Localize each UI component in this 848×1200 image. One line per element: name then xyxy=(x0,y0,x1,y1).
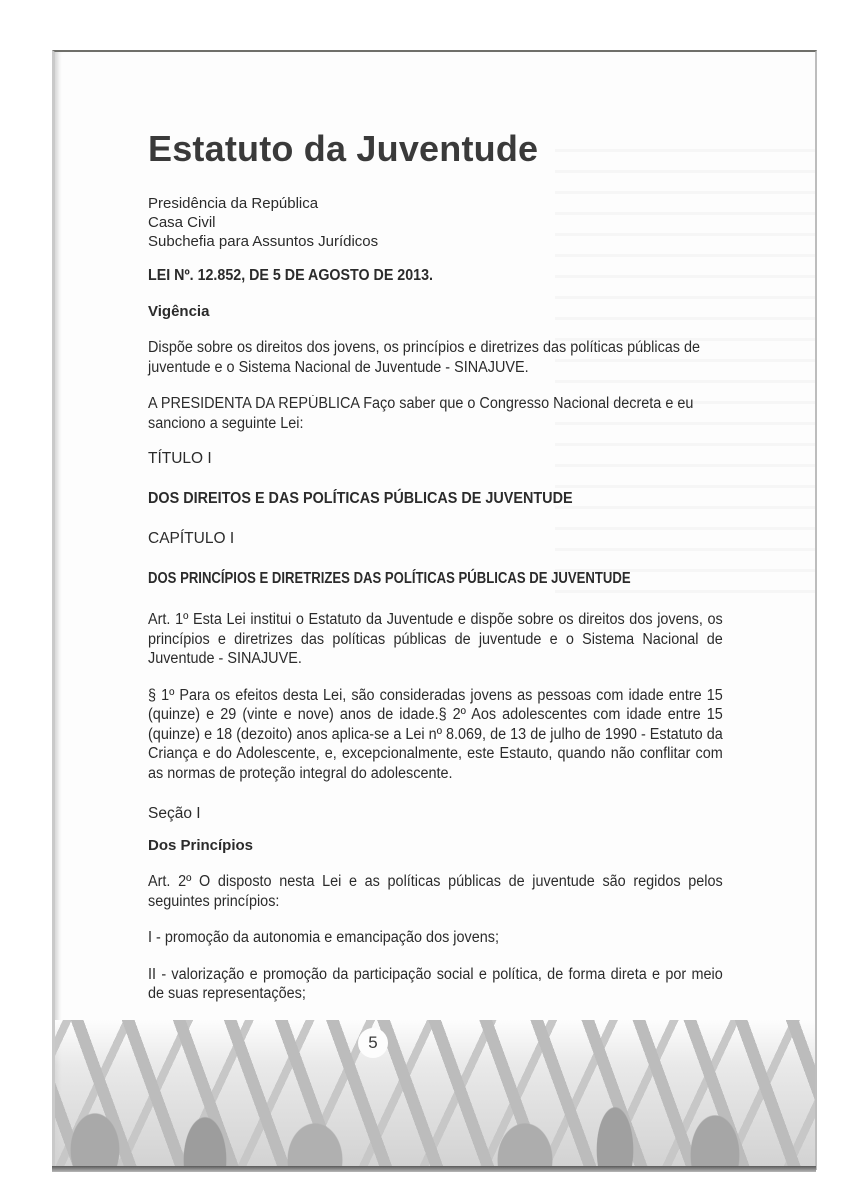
titulo-label: TÍTULO I xyxy=(148,450,723,468)
agency-line: Presidência da República xyxy=(148,194,723,213)
document-page: Estatuto da Juventude Presidência da Rep… xyxy=(52,50,817,1170)
titulo-name: DOS DIREITOS E DAS POLÍTICAS PÚBLICAS DE… xyxy=(148,490,666,508)
inciso-2: II - valorização e promoção da participa… xyxy=(148,965,723,1004)
secao-label: Seção I xyxy=(148,805,723,823)
inciso-1: I - promoção da autonomia e emancipação … xyxy=(148,928,723,948)
secao-name: Dos Princípios xyxy=(148,837,723,854)
page-number: 5 xyxy=(358,1028,388,1058)
page-bottom-edge xyxy=(52,1166,816,1172)
article-2: Art. 2º O disposto nesta Lei e as políti… xyxy=(148,872,723,911)
paragraph-1: § 1º Para os efeitos desta Lei, são cons… xyxy=(148,686,723,784)
agency-line: Casa Civil xyxy=(148,213,723,232)
vigencia-heading: Vigência xyxy=(148,303,723,320)
capitulo-name: DOS PRINCÍPIOS E DIRETRIZES DAS POLÍTICA… xyxy=(148,570,620,588)
page-content: Estatuto da Juventude Presidência da Rep… xyxy=(148,128,723,1021)
agency-line: Subchefia para Assuntos Jurídicos xyxy=(148,232,723,251)
capitulo-label: CAPÍTULO I xyxy=(148,530,723,548)
crowd-illustration xyxy=(55,1020,815,1170)
article-1: Art. 1º Esta Lei institui o Estatuto da … xyxy=(148,610,723,669)
law-heading: LEI Nº. 12.852, DE 5 DE AGOSTO DE 2013. xyxy=(148,267,677,285)
document-title: Estatuto da Juventude xyxy=(148,128,723,170)
preamble-paragraph: A PRESIDENTA DA REPÚBLICA Faço saber que… xyxy=(148,394,723,433)
issuing-agency: Presidência da República Casa Civil Subc… xyxy=(148,194,723,251)
ementa-paragraph: Dispõe sobre os direitos dos jovens, os … xyxy=(148,338,723,377)
